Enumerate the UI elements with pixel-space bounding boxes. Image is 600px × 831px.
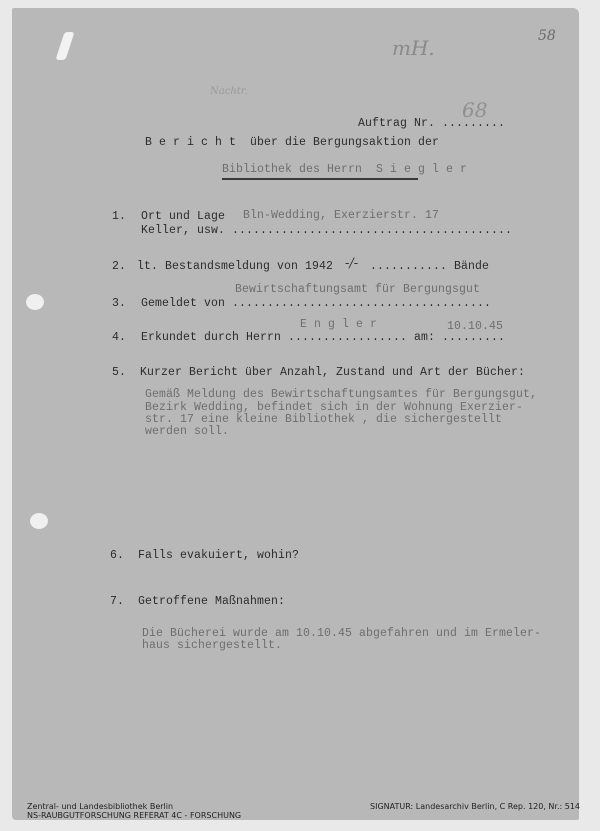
item-number: 2. [112,260,126,273]
item-label: Getroffene Maßnahmen: [138,595,285,608]
handwritten-mark: mH. [392,36,435,60]
item-number: 5. [112,366,126,379]
item-value-line: werden soll. [145,425,229,438]
item-label-continued: Keller, usw. ...........................… [141,224,512,237]
item-number: 3. [112,297,126,310]
faint-stamp-mark: Nachtr. [210,86,248,97]
item-value-line: haus sichergestellt. [142,639,282,652]
item-number: 7. [110,595,124,608]
punch-hole [30,513,48,529]
item-label: Falls evakuiert, wohin? [138,549,299,562]
item-number: 4. [112,331,126,344]
footer-institution: Zentral- und Landesbibliothek Berlin [27,802,173,811]
footer-signature: SIGNATUR: Landesarchiv Berlin, C Rep. 12… [370,802,580,811]
footer-department: NS-RAUBGUTFORSCHUNG REFERAT 4C - FORSCHU… [27,811,241,820]
report-subtitle: Bibliothek des Herrn S i e g l e r [222,163,467,176]
item-value: E n g l e r [300,318,377,331]
item-value: Bewirtschaftungsamt für Bergungsgut [235,283,480,296]
report-title: B e r i c h t über die Bergungsaktion de… [145,136,439,149]
item-label: lt. Bestandsmeldung von 1942 [137,260,333,273]
subtitle-underline [222,178,418,180]
item-label: Erkundet durch Herrn ................. a… [141,331,505,344]
auftrag-label: Auftrag Nr. ......... [358,117,505,130]
item-suffix: ........... Bände [370,260,489,273]
item-number: 6. [110,549,124,562]
item-number: 1. [112,210,126,223]
punch-hole [26,294,44,310]
item-label: Kurzer Bericht über Anzahl, Zustand und … [140,366,525,379]
handwritten-page-number: 58 [538,28,556,44]
item-value-line: Gemäß Meldung des Bewirtschaftungsamtes … [145,389,537,402]
item-value: Bln-Wedding, Exerzierstr. 17 [243,209,439,222]
item-label: Gemeldet von ...........................… [141,297,491,310]
item-value: -/- [345,256,358,271]
item-label: Ort und Lage [141,210,225,223]
